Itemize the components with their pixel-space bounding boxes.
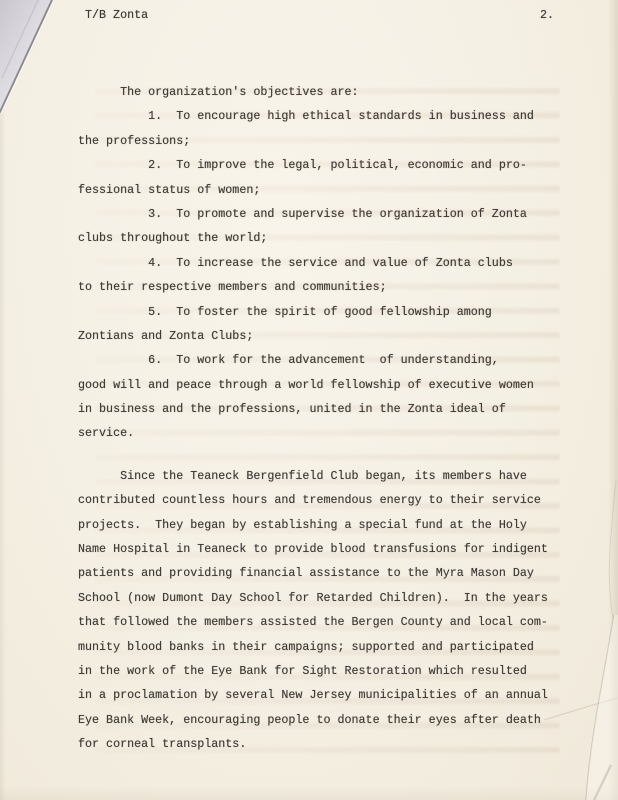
text-line: Name Hospital in Teaneck to provide bloo… — [78, 537, 568, 561]
text-line: the professions; — [78, 129, 568, 153]
text-line: The organization's objectives are: — [78, 80, 568, 104]
text-line: good will and peace through a world fell… — [78, 373, 568, 397]
paragraph: The organization's objectives are: 1. To… — [78, 80, 568, 446]
text-line: patients and providing financial assista… — [78, 561, 568, 585]
text-line: Eye Bank Week, encouraging people to don… — [78, 708, 568, 732]
page-corner-fold — [0, 0, 70, 140]
text-line: contributed countless hours and tremendo… — [78, 488, 568, 512]
text-line: 2. To improve the legal, political, econ… — [78, 153, 568, 177]
text-line: 4. To increase the service and value of … — [78, 251, 568, 275]
text-line: projects. They began by establishing a s… — [78, 513, 568, 537]
text-line: munity blood banks in their campaigns; s… — [78, 635, 568, 659]
text-line: to their respective members and communit… — [78, 275, 568, 299]
text-line: Since the Teaneck Bergenfield Club began… — [78, 464, 568, 488]
scanned-document-page: T/B Zonta 2. The organization's objectiv… — [0, 0, 618, 800]
text-line: in a proclamation by several New Jersey … — [78, 683, 568, 707]
paragraph: Since the Teaneck Bergenfield Club began… — [78, 464, 568, 757]
text-line: in business and the professions, united … — [78, 397, 568, 421]
text-line: 5. To foster the spirit of good fellowsh… — [78, 300, 568, 324]
text-line: for corneal transplants. — [78, 732, 568, 756]
text-line: service. — [78, 421, 568, 445]
header-title: T/B Zonta — [85, 8, 148, 22]
text-line: fessional status of women; — [78, 178, 568, 202]
text-line: 6. To work for the advancement of unders… — [78, 348, 568, 372]
text-line: 1. To encourage high ethical standards i… — [78, 104, 568, 128]
document-body: The organization's objectives are: 1. To… — [78, 80, 568, 757]
text-line: School (now Dumont Day School for Retard… — [78, 586, 568, 610]
text-line: Zontians and Zonta Clubs; — [78, 324, 568, 348]
text-line: clubs throughout the world; — [78, 226, 568, 250]
text-line: in the work of the Eye Bank for Sight Re… — [78, 659, 568, 683]
text-line: that followed the members assisted the B… — [78, 610, 568, 634]
page-number: 2. — [540, 8, 554, 22]
text-line: 3. To promote and supervise the organiza… — [78, 202, 568, 226]
